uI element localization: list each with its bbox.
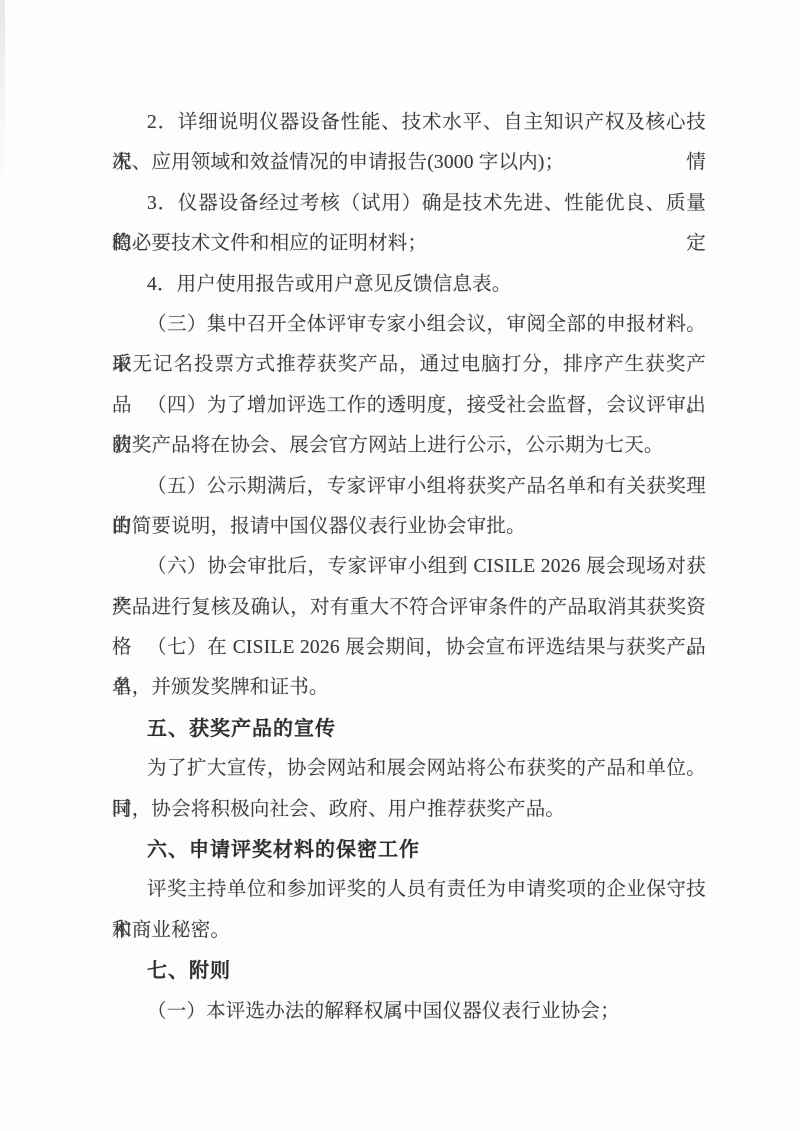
- section-heading: 五、获奖产品的宣传: [112, 709, 706, 749]
- text-line: 为了扩大宣传，协会网站和展会网站将公布获奖的产品和单位。同: [112, 749, 706, 789]
- text-line: 评奖主持单位和参加评奖的人员有责任为申请奖项的企业保守技术: [112, 870, 706, 910]
- scan-edge-artifact: [0, 0, 5, 220]
- section-heading: 七、附则: [112, 951, 706, 991]
- text-line: 和商业秘密。: [112, 911, 706, 951]
- document-text: 2．详细说明仪器设备性能、技术水平、自主知识产权及核心技术情况、应用领域和效益情…: [112, 103, 706, 1032]
- text-line: 单，并颁发奖牌和证书。: [112, 668, 706, 708]
- text-line: （一）本评选办法的解释权属中国仪器仪表行业协会；: [112, 992, 706, 1032]
- text-line: （五）公示期满后，专家评审小组将获奖产品名单和有关获奖理由: [112, 467, 706, 507]
- document-page: 2．详细说明仪器设备性能、技术水平、自主知识产权及核心技术情况、应用领域和效益情…: [0, 0, 800, 1131]
- text-line: 产品进行复核及确认，对有重大不符合评审条件的产品取消其获奖资格。: [112, 588, 706, 628]
- text-line: 的简要说明，报请中国仪器仪表行业协会审批。: [112, 507, 706, 547]
- section-heading: 六、申请评奖材料的保密工作: [112, 830, 706, 870]
- text-line: 时，协会将积极向社会、政府、用户推荐获奖产品。: [112, 790, 706, 830]
- text-line: 4．用户使用报告或用户意见反馈信息表。: [112, 265, 706, 305]
- text-line: （六）协会审批后，专家评审小组到 CISILE 2026 展会现场对获奖: [112, 547, 706, 587]
- text-line: （三）集中召开全体评审专家小组会议，审阅全部的申报材料。采: [112, 305, 706, 345]
- text-line: 获奖产品将在协会、展会官方网站上进行公示，公示期为七天。: [112, 426, 706, 466]
- text-line: 取无记名投票方式推荐获奖产品，通过电脑打分，排序产生获奖产品。: [112, 345, 706, 385]
- text-line: 2．详细说明仪器设备性能、技术水平、自主知识产权及核心技术情: [112, 103, 706, 143]
- text-line: （四）为了增加评选工作的透明度，接受社会监督，会议评审出的: [112, 386, 706, 426]
- text-line: 3．仪器设备经过考核（试用）确是技术先进、性能优良、质量稳定: [112, 184, 706, 224]
- text-line: （七）在 CISILE 2026 展会期间，协会宣布评选结果与获奖产品名: [112, 628, 706, 668]
